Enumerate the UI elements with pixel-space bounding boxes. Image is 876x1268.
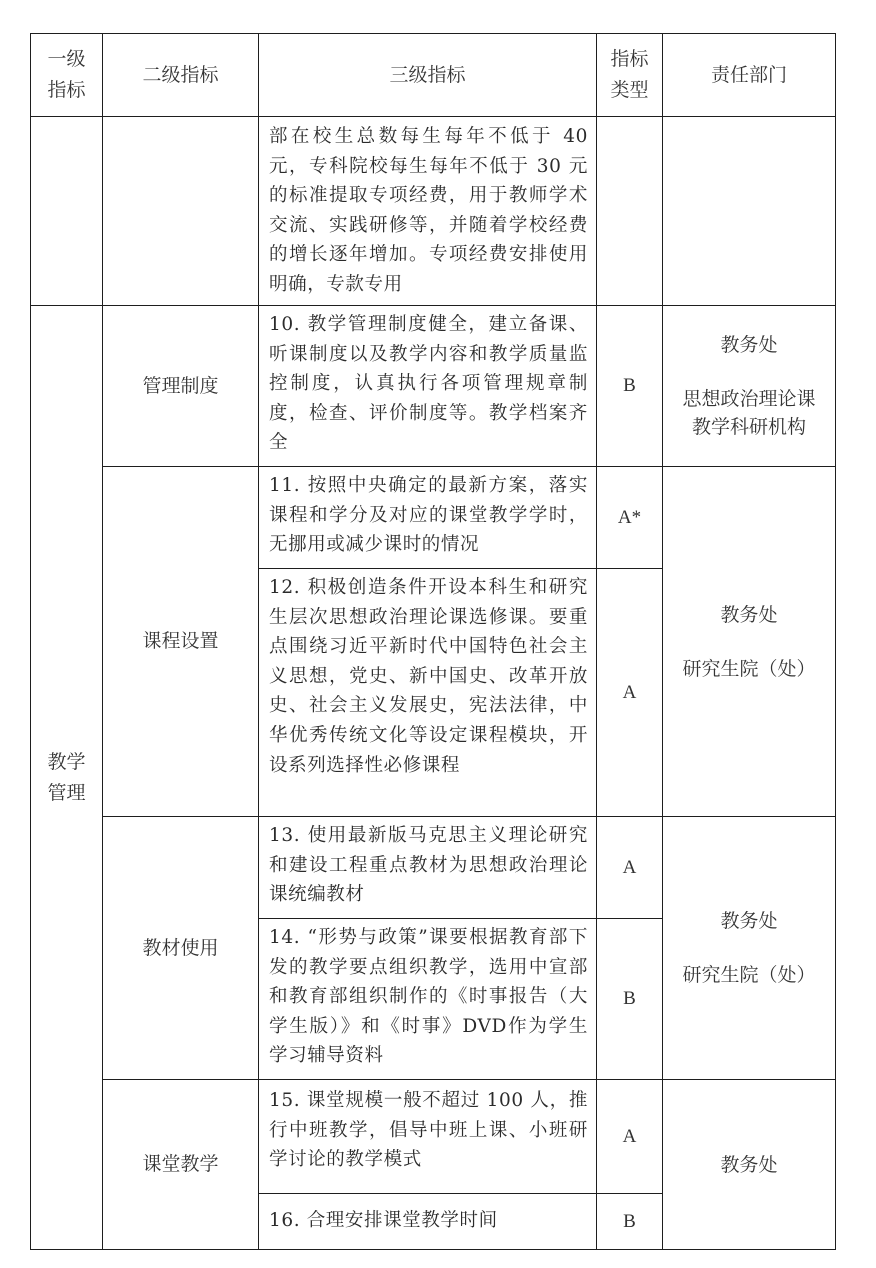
level2-label: 教材使用 bbox=[142, 933, 218, 964]
dept-name: 思想政治理论课 bbox=[682, 385, 815, 413]
level3-item-13: 13. 使用最新版马克思主义理论研究和建设工程重点教材为思想政治理论课统编教材 bbox=[258, 816, 597, 919]
type-badge: A* bbox=[618, 507, 641, 529]
continuation-level3-text: 部在校生总数每生每年不低于 40 元，专科院校每生每年不低于 30 元的标准提取… bbox=[269, 126, 588, 295]
header-level3-label: 三级指标 bbox=[389, 60, 465, 91]
dept-name: 研究生院（处） bbox=[682, 961, 815, 989]
level1-line2: 管理 bbox=[47, 778, 85, 809]
header-level1-line2: 指标 bbox=[47, 75, 85, 106]
header-type-line1: 指标 bbox=[610, 44, 648, 75]
dept-name: 教务处 bbox=[720, 601, 777, 629]
continuation-level2 bbox=[102, 116, 259, 306]
level2-classroom-teaching: 课堂教学 bbox=[102, 1079, 259, 1250]
type-badge: A bbox=[623, 682, 637, 704]
continuation-level1 bbox=[30, 116, 103, 306]
continuation-level3: 部在校生总数每生每年不低于 40 元，专科院校每生每年不低于 30 元的标准提取… bbox=[258, 116, 597, 306]
dept-name: 教学科研机构 bbox=[692, 413, 806, 441]
level2-label: 课程设置 bbox=[142, 626, 218, 657]
level3-item-15: 15. 课堂规模一般不超过 100 人，推行中班教学，倡导中班上课、小班研学讨论… bbox=[258, 1079, 597, 1194]
dept-name: 教务处 bbox=[720, 1151, 777, 1179]
level3-text: 10. 教学管理制度健全，建立备课、听课制度以及教学内容和教学质量监控制度，认真… bbox=[269, 314, 588, 453]
dept-name: 教务处 bbox=[720, 331, 777, 359]
header-dept-label: 责任部门 bbox=[711, 60, 787, 91]
level3-text: 12. 积极创造条件开设本科生和研究生层次思想政治理论课选修课。要重点围绕习近平… bbox=[269, 577, 588, 776]
level2-curriculum: 课程设置 bbox=[102, 466, 259, 817]
level3-text: 11. 按照中央确定的最新方案，落实课程和学分及对应的课堂教学学时，无挪用或减少… bbox=[269, 475, 588, 555]
type-item-14: B bbox=[596, 918, 663, 1080]
level3-item-14: 14. “形势与政策”课要根据教育部下发的教学要点组织教学，选用中宣部和教育部组… bbox=[258, 918, 597, 1080]
type-badge: B bbox=[623, 1211, 636, 1233]
type-badge: A bbox=[623, 857, 637, 879]
level3-text: 13. 使用最新版马克思主义理论研究和建设工程重点教材为思想政治理论课统编教材 bbox=[269, 825, 588, 905]
header-level2-label: 二级指标 bbox=[142, 60, 218, 91]
level3-text: 15. 课堂规模一般不超过 100 人，推行中班教学，倡导中班上课、小班研学讨论… bbox=[269, 1090, 588, 1170]
type-badge: B bbox=[623, 988, 636, 1010]
type-item-10: B bbox=[596, 305, 663, 467]
indicator-table: 一级 指标 二级指标 三级指标 指标 类型 责任部门 部在校生总数每生每年不低于… bbox=[31, 34, 836, 1250]
level3-text: 14. “形势与政策”课要根据教育部下发的教学要点组织教学，选用中宣部和教育部组… bbox=[269, 927, 588, 1066]
header-level2: 二级指标 bbox=[102, 33, 259, 117]
header-level3: 三级指标 bbox=[258, 33, 597, 117]
level3-item-10: 10. 教学管理制度健全，建立备课、听课制度以及教学内容和教学质量监控制度，认真… bbox=[258, 305, 597, 467]
type-item-12: A bbox=[596, 568, 663, 817]
level3-text: 16. 合理安排课堂教学时间 bbox=[269, 1210, 498, 1231]
level2-management-system: 管理制度 bbox=[102, 305, 259, 467]
level3-item-12: 12. 积极创造条件开设本科生和研究生层次思想政治理论课选修课。要重点围绕习近平… bbox=[258, 568, 597, 817]
level3-item-11: 11. 按照中央确定的最新方案，落实课程和学分及对应的课堂教学学时，无挪用或减少… bbox=[258, 466, 597, 569]
header-level1-line1: 一级 bbox=[47, 44, 85, 75]
type-item-13: A bbox=[596, 816, 663, 919]
type-badge: A bbox=[623, 1126, 637, 1148]
level1-teaching-management: 教学 管理 bbox=[30, 305, 103, 1250]
dept-textbook-use: 教务处 研究生院（处） bbox=[662, 816, 836, 1080]
header-dept: 责任部门 bbox=[662, 33, 836, 117]
header-level1: 一级 指标 bbox=[30, 33, 103, 117]
dept-name: 教务处 bbox=[720, 907, 777, 935]
level2-label: 管理制度 bbox=[142, 371, 218, 402]
type-item-11: A* bbox=[596, 466, 663, 569]
level3-item-16: 16. 合理安排课堂教学时间 bbox=[258, 1193, 597, 1250]
type-badge: B bbox=[623, 375, 636, 397]
header-type: 指标 类型 bbox=[596, 33, 663, 117]
dept-management-system: 教务处 思想政治理论课 教学科研机构 bbox=[662, 305, 836, 467]
type-item-15: A bbox=[596, 1079, 663, 1194]
dept-curriculum: 教务处 研究生院（处） bbox=[662, 466, 836, 817]
level2-label: 课堂教学 bbox=[142, 1149, 218, 1180]
dept-classroom-teaching: 教务处 bbox=[662, 1079, 836, 1250]
dept-name: 研究生院（处） bbox=[682, 655, 815, 683]
level2-textbook-use: 教材使用 bbox=[102, 816, 259, 1080]
type-item-16: B bbox=[596, 1193, 663, 1250]
continuation-dept bbox=[662, 116, 836, 306]
header-type-line2: 类型 bbox=[610, 75, 648, 106]
continuation-type bbox=[596, 116, 663, 306]
level1-line1: 教学 bbox=[47, 747, 85, 778]
